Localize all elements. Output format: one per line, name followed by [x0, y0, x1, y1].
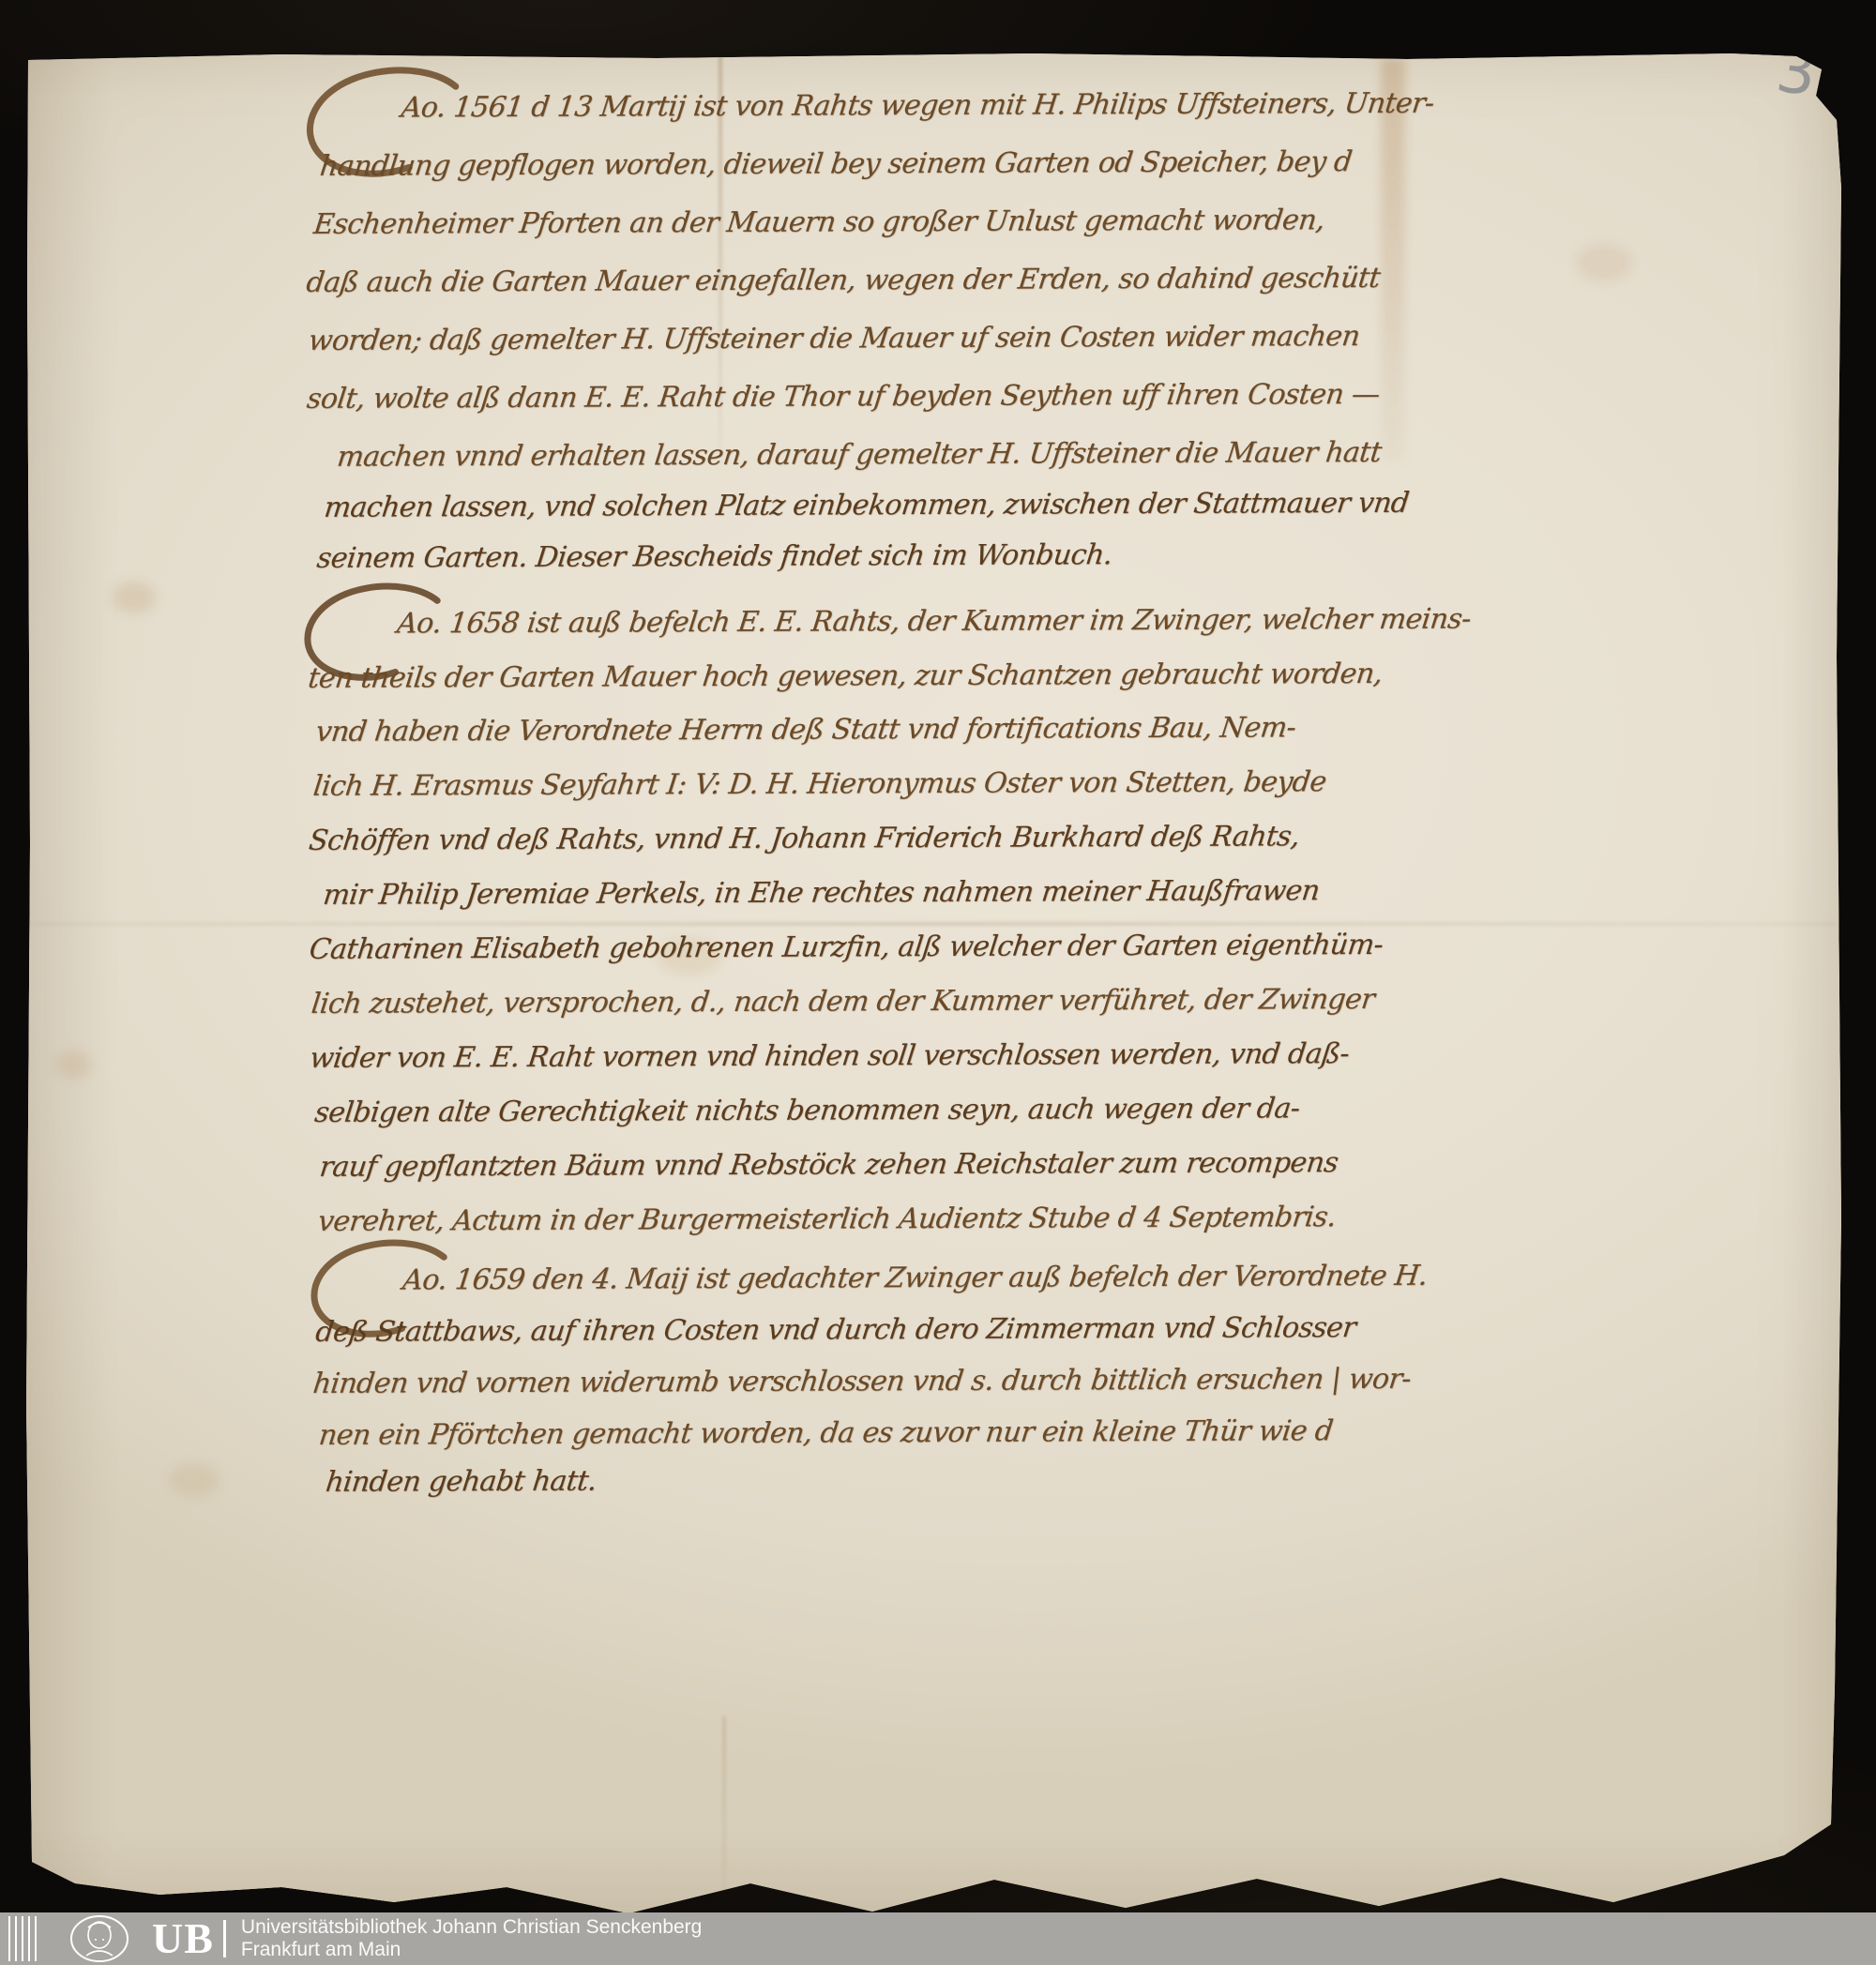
- manuscript-line: hinden gehabt hatt.: [324, 1465, 598, 1499]
- manuscript-line: mir Philip Jeremiae Perkels, in Ehe rech…: [322, 874, 1322, 912]
- manuscript-line: machen vnnd erhalten lassen, darauf geme…: [335, 436, 1383, 474]
- manuscript-line: machen lassen, vnd solchen Platz einbeko…: [323, 487, 1411, 524]
- manuscript-line: Eschenheimer Pforten an der Mauern so gr…: [311, 204, 1326, 241]
- manuscript-line: daß auch die Garten Mauer eingefallen, w…: [305, 262, 1382, 299]
- manuscript-line: seinem Garten. Dieser Bescheids findet s…: [315, 538, 1114, 575]
- manuscript-line: Ao. 1659 den 4. Maij ist gedachter Zwing…: [401, 1260, 1429, 1297]
- manuscript-line: nen ein Pförtchen gemacht worden, da es …: [317, 1414, 1335, 1452]
- manuscript-line: lich H. Erasmus Seyfahrt I: V: D. H. Hie…: [311, 765, 1328, 803]
- library-watermark-bar: UB Universitätsbibliothek Johann Christi…: [0, 1912, 1876, 1965]
- manuscript-line: wider von E. E. Raht vornen vnd hinden s…: [308, 1037, 1351, 1075]
- manuscript-line: Catharinen Elisabeth gebohrenen Lurzfin,…: [308, 929, 1384, 966]
- manuscript-line: Schöffen vnd deß Rahts, vnnd H. Johann F…: [307, 820, 1301, 857]
- manuscript-line: worden; daß gemelter H. Uffsteiner die M…: [307, 320, 1361, 357]
- senckenberg-portrait-icon: [6, 1914, 146, 1963]
- manuscript-page: 3 Ao. 1561 d 13 Martij ist von Rahts weg…: [0, 0, 1876, 1965]
- library-city: Frankfurt am Main: [241, 1939, 702, 1961]
- library-name: Universitätsbibliothek Johann Christian …: [241, 1916, 702, 1939]
- manuscript-line: hinden vnd vornen widerumb verschlossen …: [311, 1363, 1413, 1400]
- manuscript-line: lich zustehet, versprochen, d., nach dem…: [310, 983, 1376, 1020]
- manuscript-line: rauf gepflantzten Bäum vnnd Rebstöck zeh…: [318, 1146, 1340, 1184]
- manuscript-line: selbigen alte Gerechtigkeit nichts benom…: [313, 1092, 1302, 1129]
- manuscript-line: solt, wolte alß dann E. E. Raht die Thor…: [305, 378, 1381, 416]
- ub-logo-text: UB: [152, 1917, 214, 1960]
- manuscript-line: vnd haben die Verordnete Herrn deß Statt…: [314, 711, 1297, 748]
- manuscript-line: handlung gepflogen worden, dieweil bey s…: [318, 145, 1354, 183]
- library-logo: UB: [0, 1912, 226, 1965]
- manuscript-line: verehret, Actum in der Burgermeisterlich…: [316, 1201, 1338, 1238]
- handwritten-text-block: Ao. 1561 d 13 Martij ist von Rahts wegen…: [0, 0, 1876, 1965]
- manuscript-line: Ao. 1658 ist auß befelch E. E. Rahts, de…: [395, 603, 1473, 641]
- manuscript-line: ten theils der Garten Mauer hoch gewesen…: [307, 658, 1384, 695]
- manuscript-line: deß Stattbaws, auf ihren Costen vnd durc…: [314, 1311, 1358, 1349]
- logo-divider: [223, 1920, 226, 1957]
- manuscript-line: Ao. 1561 d 13 Martij ist von Rahts wegen…: [400, 87, 1436, 125]
